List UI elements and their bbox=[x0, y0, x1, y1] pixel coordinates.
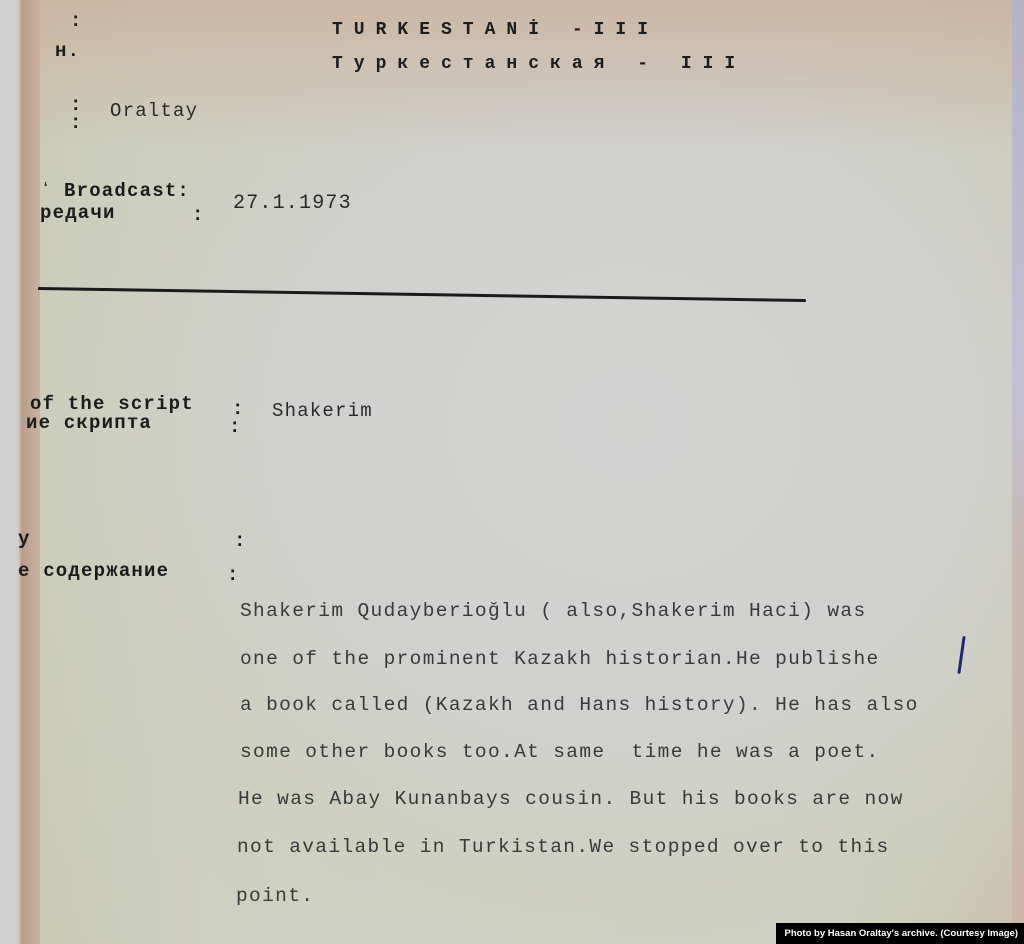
author-value: Oraltay bbox=[110, 100, 198, 122]
summary-line: one of the prominent Kazakh historian.He… bbox=[240, 648, 880, 670]
broadcast-colon: : bbox=[192, 204, 205, 226]
photo-credit-caption: Photo by Hasan Oraltay's archive. (Court… bbox=[776, 923, 1024, 944]
header-latin: TURKESTANİ -III bbox=[332, 20, 659, 40]
script-label-ru: ие скрипта bbox=[26, 412, 152, 434]
broadcast-date: 27.1.1973 bbox=[233, 192, 352, 215]
header-cyrillic: Туркестанская - III bbox=[332, 54, 746, 74]
field-label-fragment: н. bbox=[55, 40, 80, 62]
summary-line: a book called (Kazakh and Hans history).… bbox=[240, 694, 919, 716]
summary-label-en: у bbox=[18, 528, 31, 550]
broadcast-label-fragment: ʻ bbox=[40, 180, 53, 202]
script-title-value: Shakerim bbox=[272, 400, 373, 422]
summary-line: not available in Turkistan.We stopped ov… bbox=[237, 836, 890, 858]
broadcast-label-en: Broadcast: bbox=[64, 180, 190, 202]
page-right-edge bbox=[1012, 0, 1024, 944]
summary-line: point. bbox=[236, 885, 314, 907]
summary-label-ru: е содержание bbox=[18, 560, 169, 582]
script-colon-ru: : bbox=[229, 416, 242, 438]
summary-colon-en: : bbox=[234, 530, 247, 552]
summary-line: He was Abay Kunanbays cousin. But his bo… bbox=[238, 788, 904, 810]
summary-line: some other books too.At same time he was… bbox=[240, 741, 880, 763]
broadcast-label-ru: редачи bbox=[40, 202, 116, 224]
summary-line: Shakerim Qudayberioğlu ( also,Shakerim H… bbox=[240, 600, 867, 622]
author-colons: : : bbox=[70, 96, 83, 132]
field-colon: : bbox=[70, 10, 83, 32]
summary-colon-ru: : bbox=[227, 564, 240, 586]
